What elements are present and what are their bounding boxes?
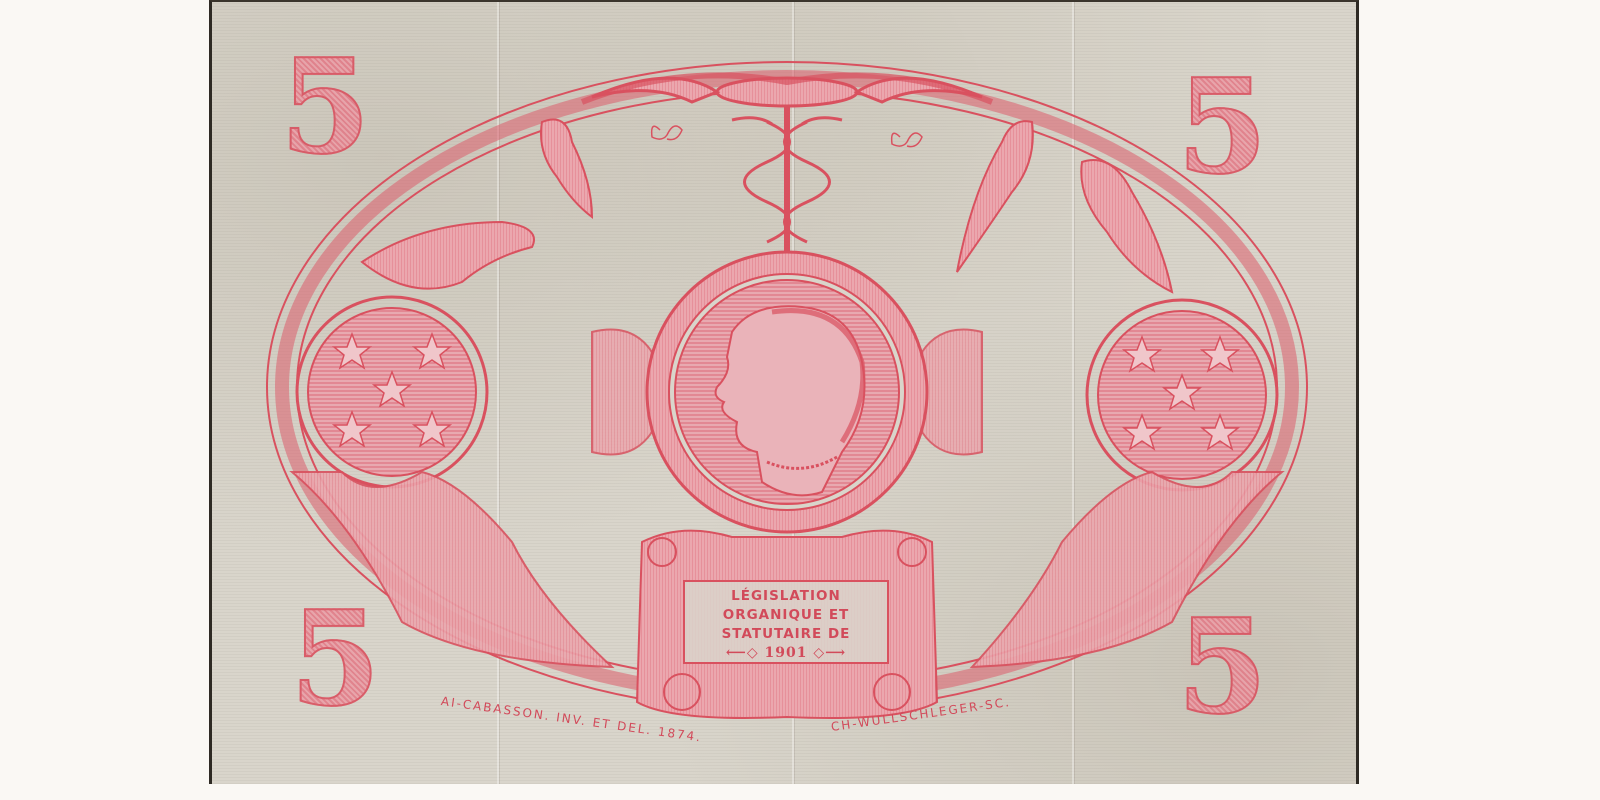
denomination-numeral-bottom-right: 5 bbox=[1177, 602, 1267, 732]
cartouche-line-3: STATUTAIRE DE bbox=[685, 625, 887, 644]
portrait-medallion bbox=[592, 252, 982, 532]
star-roundel-left bbox=[297, 297, 487, 487]
cartouche-line-2: ORGANIQUE ET bbox=[685, 606, 887, 625]
legislation-cartouche: LÉGISLATION ORGANIQUE ET STATUTAIRE DE ⟵… bbox=[683, 580, 889, 664]
cartouche-year: ⟵◇ 1901 ◇⟶ bbox=[685, 644, 887, 663]
banknote-image: 5 5 5 5 LÉGISLATION ORGANIQUE ET STATUTA… bbox=[209, 0, 1359, 784]
denomination-numeral-top-right: 5 bbox=[1177, 62, 1267, 192]
denomination-numeral-top-left: 5 bbox=[280, 42, 370, 172]
star-roundel-right bbox=[1087, 300, 1277, 490]
denomination-numeral-bottom-left: 5 bbox=[290, 594, 380, 724]
caduceus bbox=[592, 78, 982, 262]
cartouche-line-1: LÉGISLATION bbox=[685, 587, 887, 606]
year-text: 1901 bbox=[765, 645, 808, 661]
